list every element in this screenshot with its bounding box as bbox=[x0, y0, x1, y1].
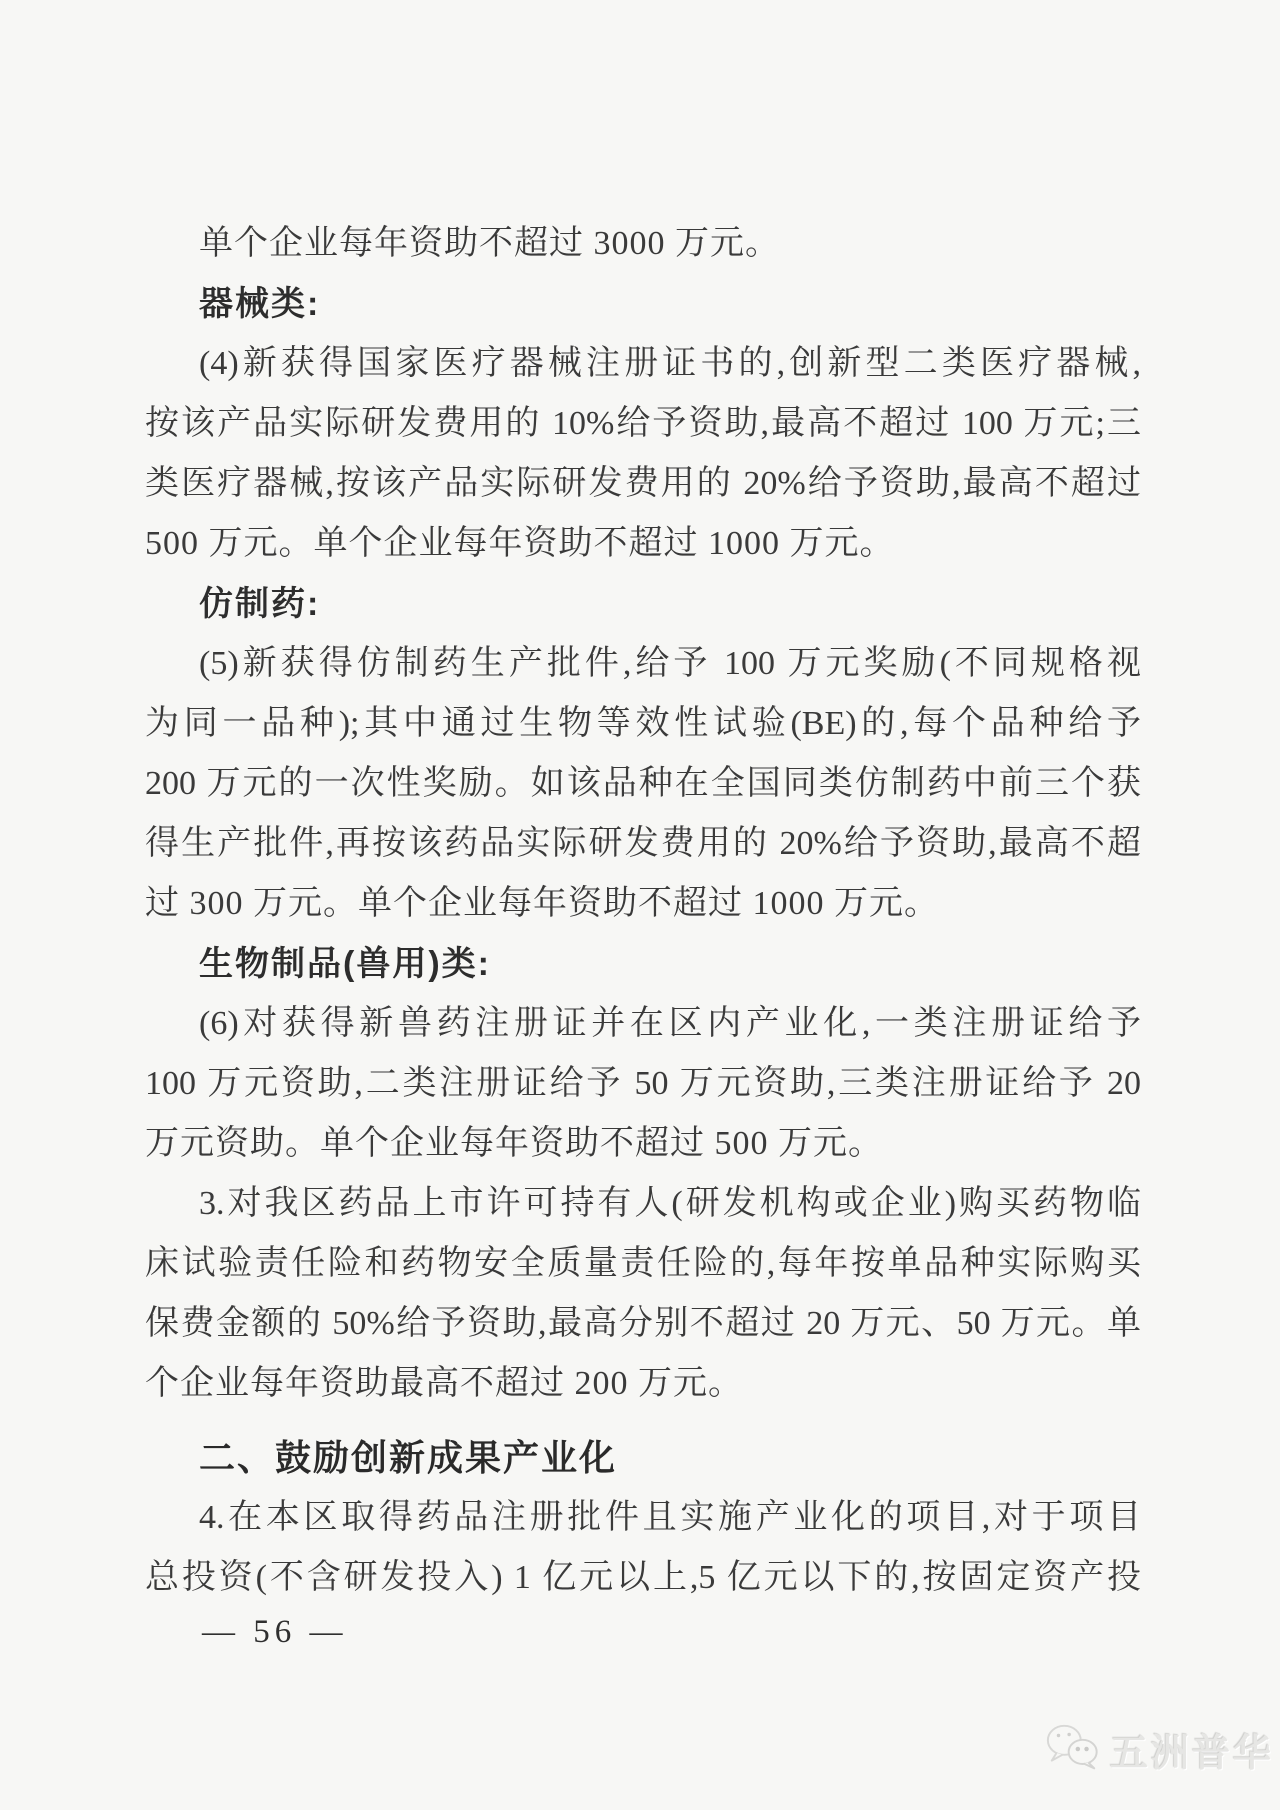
text-line: 保费金额的 50%给予资助,最高分别不超过 20 万元、50 万元。单 bbox=[145, 1294, 1141, 1354]
document-body: 单个企业每年资助不超过 3000 万元。器械类:(4)新获得国家医疗器械注册证书… bbox=[145, 214, 1141, 1608]
text-line: 个企业每年资助最高不超过 200 万元。 bbox=[145, 1354, 1141, 1414]
text-line: 单个企业每年资助不超过 3000 万元。 bbox=[145, 214, 1141, 274]
text-line: 得生产批件,再按该药品实际研发费用的 20%给予资助,最高不超 bbox=[145, 814, 1141, 874]
text-line: 100 万元资助,二类注册证给予 50 万元资助,三类注册证给予 20 bbox=[145, 1054, 1141, 1114]
text-line: (4)新获得国家医疗器械注册证书的,创新型二类医疗器械, bbox=[145, 334, 1141, 394]
text-line: 3.对我区药品上市许可持有人(研发机构或企业)购买药物临 bbox=[145, 1174, 1141, 1234]
text-line: 按该产品实际研发费用的 10%给予资助,最高不超过 100 万元;三 bbox=[145, 394, 1141, 454]
text-line: (5)新获得仿制药生产批件,给予 100 万元奖励(不同规格视 bbox=[145, 634, 1141, 694]
watermark-label: 五洲普华 bbox=[1110, 1722, 1274, 1777]
text-line: 过 300 万元。单个企业每年资助不超过 1000 万元。 bbox=[145, 874, 1141, 934]
text-line: 万元资助。单个企业每年资助不超过 500 万元。 bbox=[145, 1114, 1141, 1174]
text-line: 总投资(不含研发投入) 1 亿元以上,5 亿元以下的,按固定资产投 bbox=[145, 1548, 1141, 1608]
text-line: (6)对获得新兽药注册证并在区内产业化,一类注册证给予 bbox=[145, 994, 1141, 1054]
text-line: 4.在本区取得药品注册批件且实施产业化的项目,对于项目 bbox=[145, 1488, 1141, 1548]
text-line: 器械类: bbox=[145, 274, 1141, 334]
text-line: 类医疗器械,按该产品实际研发费用的 20%给予资助,最高不超过 bbox=[145, 454, 1141, 514]
text-line: 为同一品种);其中通过生物等效性试验(BE)的,每个品种给予 bbox=[145, 694, 1141, 754]
text-line: 二、鼓励创新成果产业化 bbox=[145, 1428, 1141, 1488]
wechat-icon bbox=[1044, 1720, 1102, 1778]
text-line: 500 万元。单个企业每年资助不超过 1000 万元。 bbox=[145, 514, 1141, 574]
text-line: 200 万元的一次性奖励。如该品种在全国同类仿制药中前三个获 bbox=[145, 754, 1141, 814]
page-number: — 56 — bbox=[202, 1610, 348, 1654]
text-line: 仿制药: bbox=[145, 574, 1141, 634]
text-line: 床试验责任险和药物安全质量责任险的,每年按单品种实际购买 bbox=[145, 1234, 1141, 1294]
watermark: 五洲普华 bbox=[1044, 1720, 1274, 1778]
text-line: 生物制品(兽用)类: bbox=[145, 934, 1141, 994]
